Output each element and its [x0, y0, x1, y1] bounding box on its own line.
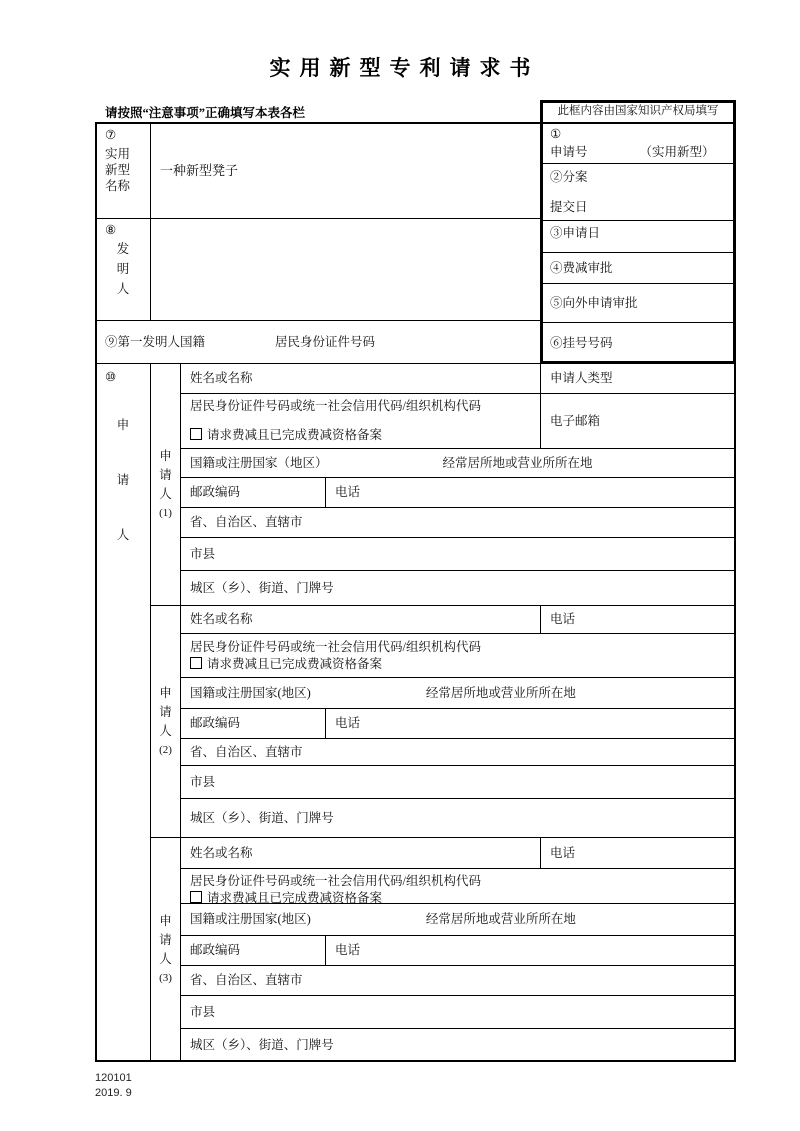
- applicant-number: (3): [159, 972, 172, 985]
- residence-label: 经常居所地或营业所所在地: [426, 686, 576, 701]
- field-filing-date: ③申请日: [540, 220, 736, 253]
- inventor-char3: 人: [117, 283, 130, 296]
- form-code-footer: 120101 2019. 9: [95, 1071, 132, 1101]
- nationality-row: 国籍或注册国家(地区) 经常居所地或营业所所在地: [180, 677, 736, 709]
- field1-circled-number: ①: [550, 127, 561, 141]
- fill-instruction-note: 请按照“注意事项”正确填写本表各栏: [105, 103, 305, 121]
- city-county-label: 市县: [180, 537, 736, 571]
- inventors-value-cell: [150, 218, 541, 321]
- applicant-label-char: 人: [159, 953, 172, 966]
- applicant-number: (2): [159, 744, 172, 757]
- residence-label: 经常居所地或营业所所在地: [443, 456, 593, 471]
- applicant-label-char: 人: [159, 488, 172, 501]
- application-number-label: 申请号: [550, 145, 588, 159]
- postcode-label: 邮政编码: [180, 477, 326, 508]
- label-line3: 名称: [105, 179, 130, 193]
- name-or-title-label: 姓名或名称: [180, 605, 541, 634]
- field-registered-mail-number: ⑥挂号号码: [540, 322, 736, 364]
- street-address-label: 城区（乡）、街道、门牌号: [180, 798, 736, 838]
- first-inventor-nationality-label: ⑨第一发明人国籍: [105, 335, 205, 350]
- label-line1: 实用: [105, 146, 130, 162]
- nationality-row: 国籍或注册国家（地区） 经常居所地或营业所所在地: [180, 448, 736, 478]
- nationality-label: 国籍或注册国家（地区）: [190, 456, 328, 471]
- residence-label: 经常居所地或营业所所在地: [426, 912, 576, 927]
- submission-date-label: 提交日: [550, 199, 588, 216]
- form-code: 120101: [95, 1071, 132, 1086]
- field-divisional: ②分案 提交日: [540, 163, 736, 221]
- id-and-fee-reduction-cell: 居民身份证件号码或统一社会信用代码/组织机构代码 请求费减且已完成费减资格备案: [180, 393, 541, 449]
- phone-label: 电话: [540, 605, 736, 634]
- fee-reduction-checkbox: [190, 891, 202, 903]
- applicant-2-label: 申 请 人 (2): [150, 605, 181, 838]
- fee-reduction-label: 请求费减且已完成费减资格备案: [207, 428, 382, 442]
- section10-circled-number: ⑩: [105, 370, 116, 385]
- name-or-title-label: 姓名或名称: [180, 363, 541, 394]
- city-county-label: 市县: [180, 765, 736, 799]
- postcode-label: 邮政编码: [180, 708, 326, 739]
- id-code-label: 居民身份证件号码或统一社会信用代码/组织机构代码: [190, 399, 481, 413]
- utility-model-name-value: 一种新型凳子: [150, 122, 541, 219]
- id-and-fee-reduction-cell: 居民身份证件号码或统一社会信用代码/组织机构代码 请求费减且已完成费减资格备案: [180, 633, 736, 678]
- phone-label: 电话: [540, 837, 736, 869]
- applicant-label-char: 人: [159, 725, 172, 738]
- nationality-label: 国籍或注册国家(地区): [190, 686, 311, 701]
- applicant-3-label: 申 请 人 (3): [150, 837, 181, 1062]
- name-or-title-label: 姓名或名称: [180, 837, 541, 869]
- applicant-char2: 请: [117, 473, 130, 488]
- field-fee-reduction-approval: ④费减审批: [540, 252, 736, 284]
- applicant-number: (1): [159, 507, 172, 520]
- phone-label: 电话: [325, 708, 736, 739]
- street-address-label: 城区（乡）、街道、门牌号: [180, 1028, 736, 1062]
- applicant-type-label: 申请人类型: [540, 363, 736, 394]
- applicant-1-label: 申 请 人 (1): [150, 363, 181, 606]
- id-and-fee-reduction-cell: 居民身份证件号码或统一社会信用代码/组织机构代码 请求费减且已完成费减资格备案: [180, 868, 736, 904]
- fee-reduction-checkbox: [190, 657, 202, 669]
- inventor-char2: 明: [117, 263, 130, 276]
- field-foreign-filing-approval: ⑤向外申请审批: [540, 283, 736, 323]
- applicant-label-char: 申: [159, 687, 172, 700]
- section8-circled-number: ⑧: [105, 223, 116, 237]
- phone-label: 电话: [325, 935, 736, 966]
- nationality-row: 国籍或注册国家(地区) 经常居所地或营业所所在地: [180, 903, 736, 936]
- office-box-title: 此框内容由国家知识产权局填写: [540, 100, 736, 123]
- patent-request-form-page: 实用新型专利请求书 请按照“注意事项”正确填写本表各栏 此框内容由国家知识产权局…: [0, 0, 800, 1131]
- applicant-label-char: 申: [159, 450, 172, 463]
- street-address-label: 城区（乡）、街道、门牌号: [180, 570, 736, 606]
- section7-circled-number: ⑦: [105, 128, 116, 142]
- applicant-label-char: 请: [159, 934, 172, 947]
- applicant-label-char: 申: [159, 915, 172, 928]
- application-number-type: （实用新型）: [640, 145, 715, 159]
- divisional-label: ②分案: [550, 170, 588, 184]
- applicant-char3: 人: [117, 528, 130, 543]
- inventors-header: ⑧ 发 明 人: [95, 218, 151, 321]
- fee-reduction-checkbox: [190, 428, 202, 440]
- province-label: 省、自治区、直辖市: [180, 507, 736, 538]
- province-label: 省、自治区、直辖市: [180, 738, 736, 766]
- fee-reduction-label: 请求费减且已完成费减资格备案: [207, 657, 382, 671]
- applicant-label-char: 请: [159, 706, 172, 719]
- province-label: 省、自治区、直辖市: [180, 965, 736, 996]
- nationality-label: 国籍或注册国家(地区): [190, 912, 311, 927]
- label-line2: 新型: [105, 163, 130, 177]
- first-inventor-row: ⑨第一发明人国籍 居民身份证件号码: [95, 320, 541, 364]
- inventor-char1: 发: [117, 243, 130, 256]
- phone-label: 电话: [325, 477, 736, 508]
- utility-model-name-header: ⑦ 实用 新型 名称: [95, 122, 151, 219]
- email-label: 电子邮箱: [540, 393, 736, 449]
- field-application-number: ① 申请号（实用新型）: [540, 122, 736, 164]
- resident-id-number-label: 居民身份证件号码: [275, 335, 375, 350]
- applicant-label-char: 请: [159, 469, 172, 482]
- id-code-label: 居民身份证件号码或统一社会信用代码/组织机构代码: [190, 640, 481, 654]
- applicant-char1: 申: [117, 418, 130, 433]
- city-county-label: 市县: [180, 995, 736, 1029]
- id-code-label: 居民身份证件号码或统一社会信用代码/组织机构代码: [190, 874, 481, 888]
- applicants-section-header: ⑩ 申 请 人: [95, 363, 151, 1062]
- form-version-date: 2019. 9: [95, 1086, 132, 1101]
- form-title: 实用新型专利请求书: [0, 52, 800, 82]
- postcode-label: 邮政编码: [180, 935, 326, 966]
